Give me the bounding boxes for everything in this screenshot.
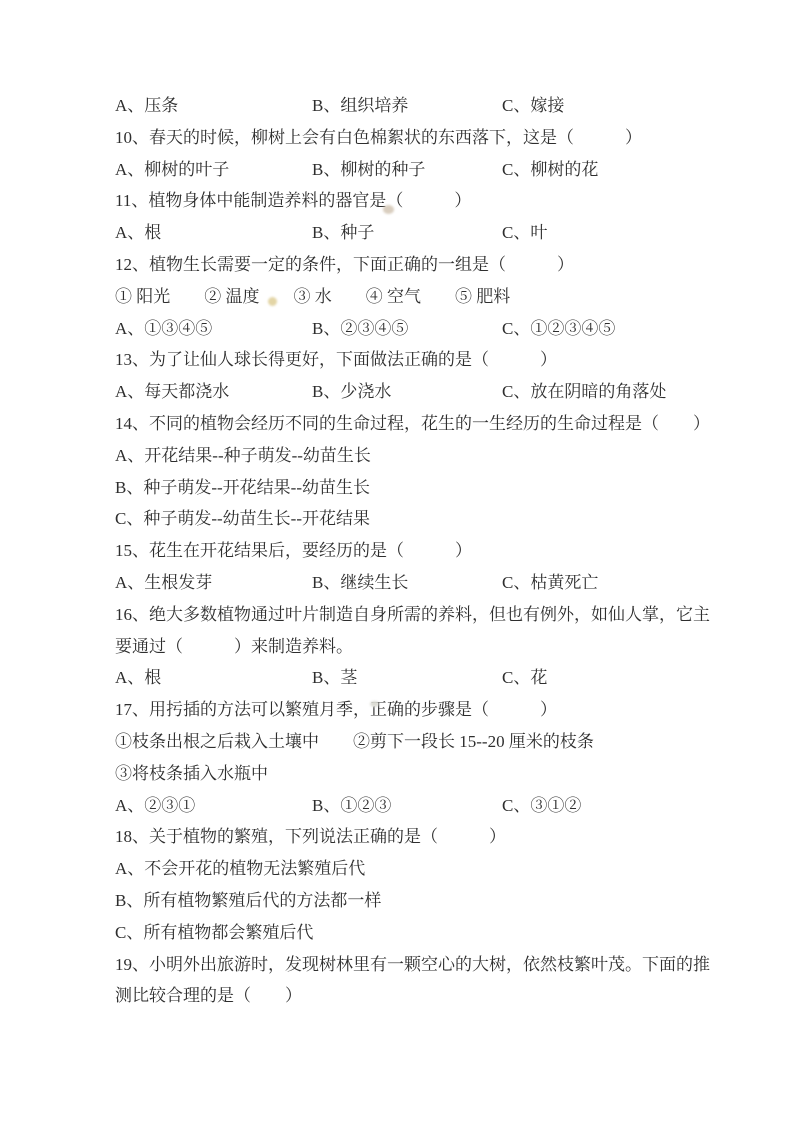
q18-option-a: A、不会开花的植物无法繁殖后代 — [115, 853, 695, 885]
option-c: C、枯黄死亡 — [502, 567, 695, 599]
options-row-q13: A、每天都浇水 B、少浇水 C、放在阴暗的角落处 — [115, 376, 695, 408]
q18-option-b: B、所有植物繁殖后代的方法都一样 — [115, 885, 695, 917]
option-b: B、种子 — [312, 217, 502, 249]
exam-body: A、压条 B、组织培养 C、嫁接 10、春天的时候，柳树上会有白色棉絮状的东西落… — [115, 90, 695, 1012]
option-b: B、②③④⑤ — [312, 313, 502, 345]
option-a: A、柳树的叶子 — [115, 154, 312, 186]
option-a: A、①③④⑤ — [115, 313, 312, 345]
option-c: C、③①② — [502, 790, 695, 822]
option-b: B、①②③ — [312, 790, 502, 822]
question-13: 13、为了让仙人球长得更好，下面做法正确的是（ ） — [115, 344, 695, 376]
question-12-condition-items: ① 阳光 ② 温度 ③ 水 ④ 空气 ⑤ 肥料 — [115, 281, 695, 313]
question-15: 15、花生在开花结果后，要经历的是（ ） — [115, 535, 695, 567]
q18-option-c: C、所有植物都会繁殖后代 — [115, 917, 695, 949]
options-row-q17: A、②③① B、①②③ C、③①② — [115, 790, 695, 822]
options-row-q15: A、生根发芽 B、继续生长 C、枯黄死亡 — [115, 567, 695, 599]
q14-option-b: B、种子萌发--开花结果--幼苗生长 — [115, 472, 695, 504]
q17-steps-line2: ③将枝条插入水瓶中 — [115, 758, 695, 790]
option-c: C、叶 — [502, 217, 695, 249]
options-row-q12: A、①③④⑤ B、②③④⑤ C、①②③④⑤ — [115, 313, 695, 345]
options-row-q9: A、压条 B、组织培养 C、嫁接 — [115, 90, 695, 122]
exam-paper-page: A、压条 B、组织培养 C、嫁接 10、春天的时候，柳树上会有白色棉絮状的东西落… — [0, 0, 793, 1122]
q14-option-a: A、开花结果--种子萌发--幼苗生长 — [115, 440, 695, 472]
question-16-line1: 16、绝大多数植物通过叶片制造自身所需的养料，但也有例外，如仙人掌，它主 — [115, 599, 695, 631]
options-row-q10: A、柳树的叶子 B、柳树的种子 C、柳树的花 — [115, 154, 695, 186]
options-row-q11: A、根 B、种子 C、叶 — [115, 217, 695, 249]
q14-option-c: C、种子萌发--幼苗生长--开花结果 — [115, 503, 695, 535]
option-a: A、②③① — [115, 790, 312, 822]
scan-stain — [370, 701, 379, 707]
scan-stain — [383, 205, 394, 214]
question-17: 17、用扝插的方法可以繁殖月季，正确的步骤是（ ） — [115, 694, 695, 726]
option-a: A、生根发芽 — [115, 567, 312, 599]
option-b: B、柳树的种子 — [312, 154, 502, 186]
option-c: C、花 — [502, 662, 695, 694]
option-c: C、放在阴暗的角落处 — [502, 376, 695, 408]
option-a: A、根 — [115, 662, 312, 694]
option-b: B、继续生长 — [312, 567, 502, 599]
options-row-q16: A、根 B、茎 C、花 — [115, 662, 695, 694]
option-b: B、茎 — [312, 662, 502, 694]
question-16-line2: 要通过（ ）来制造养料。 — [115, 631, 695, 663]
question-11: 11、植物身体中能制造养料的器官是（ ） — [115, 185, 695, 217]
option-a: A、每天都浇水 — [115, 376, 312, 408]
question-19-line2: 测比较合理的是（ ） — [115, 980, 695, 1012]
option-a: A、根 — [115, 217, 312, 249]
question-12: 12、植物生长需要一定的条件，下面正确的一组是（ ） — [115, 249, 695, 281]
option-b: B、少浇水 — [312, 376, 502, 408]
question-10: 10、春天的时候，柳树上会有白色棉絮状的东西落下，这是（ ） — [115, 122, 695, 154]
option-a: A、压条 — [115, 90, 312, 122]
option-c: C、柳树的花 — [502, 154, 695, 186]
question-18: 18、关于植物的繁殖，下列说法正确的是（ ） — [115, 821, 695, 853]
scan-stain — [268, 297, 277, 306]
question-19-line1: 19、小明外出旅游时，发现树林里有一颗空心的大树，依然枝繁叶茂。下面的推 — [115, 949, 695, 981]
option-c: C、①②③④⑤ — [502, 313, 695, 345]
question-14: 14、不同的植物会经历不同的生命过程，花生的一生经历的生命过程是（ ） — [115, 408, 695, 440]
option-b: B、组织培养 — [312, 90, 502, 122]
q17-steps-line1: ①枝条出根之后栽入土壤中 ②剪下一段长 15--20 厘米的枝条 — [115, 726, 695, 758]
option-c: C、嫁接 — [502, 90, 695, 122]
